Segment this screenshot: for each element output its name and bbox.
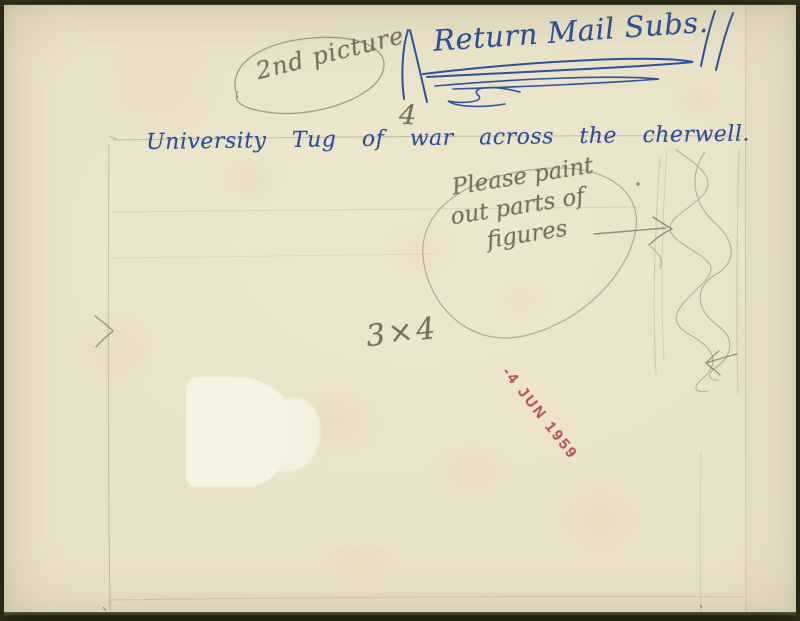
photo-back-scan: 2nd picture Return Mail Subs. 4 Universi… (0, 0, 800, 621)
scribble-vertical-1 (654, 158, 660, 374)
abraded-white-patch-edge (260, 398, 320, 472)
scribble-2 (695, 152, 731, 380)
pencil-scribbles (654, 150, 739, 394)
scribble-vertical-2 (737, 150, 739, 394)
squiggle (448, 88, 520, 107)
pencil-dot (636, 182, 639, 185)
arrow-head (649, 217, 672, 245)
scan-edge-right (796, 0, 800, 621)
paper-edge-band (746, 5, 796, 613)
underline-sweep-1 (423, 59, 693, 77)
scribble-vertical-3 (662, 150, 667, 360)
date-stamp: -4 JUN 1959 (499, 364, 582, 463)
crop-line-bottom (110, 597, 744, 600)
faint-line-inner-2 (112, 254, 432, 258)
scribble-1 (670, 150, 713, 392)
crop-line-left (108, 145, 110, 611)
bottom-edge-specks (103, 605, 702, 611)
picture-number-note: 2nd picture (253, 21, 407, 85)
crop-frame-lines (108, 6, 746, 612)
ink-and-pencil-strokes (0, 0, 800, 621)
paper-crease-lower (700, 452, 701, 612)
paper-vignette (0, 0, 800, 621)
side-arrow-left-pointing (706, 351, 737, 375)
arrow-head (706, 351, 720, 375)
retouch-instruction-note: Please paint out parts of figures (450, 152, 605, 260)
scan-edge-bottom (0, 612, 800, 621)
arrow-hook (651, 247, 661, 268)
speck-2 (700, 605, 702, 608)
chevron (95, 316, 113, 347)
lead-stroke-2 (410, 30, 427, 102)
scan-edge-left (0, 0, 4, 621)
photo-caption: University Tug of war across the cherwel… (146, 122, 750, 155)
underline-sweep-2 (435, 77, 659, 89)
arrow-shaft (707, 354, 737, 363)
instruction-arrow (594, 182, 672, 268)
left-margin-chevron (95, 316, 113, 347)
print-size-note: 3×4 (364, 311, 440, 355)
arrow-shaft (594, 228, 666, 234)
return-mail-note: Return Mail Subs. (432, 5, 709, 58)
scan-edge-top (0, 0, 800, 5)
crop-line-top-tick (109, 136, 116, 139)
speck-1 (103, 607, 106, 611)
trailing-slash-2 (716, 13, 733, 70)
